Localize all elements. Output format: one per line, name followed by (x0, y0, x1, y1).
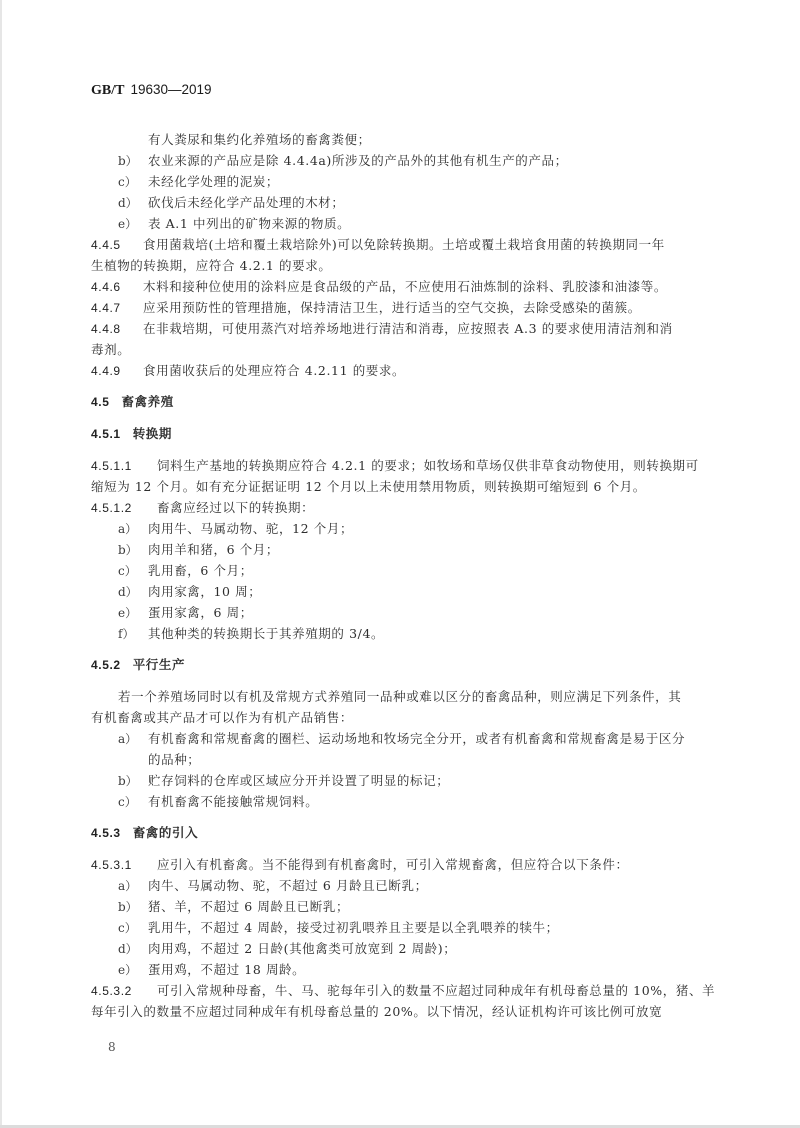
list-item: 表 A.1 中列出的矿物来源的物质。 (148, 214, 738, 234)
list-item: 肉牛、马属动物、驼，不超过 6 月龄且已断乳； (148, 876, 738, 896)
list-label: e） (118, 960, 137, 980)
standard-code: GB/T (91, 83, 124, 98)
section-heading-4-5-1: 4.5.1转换期 (91, 424, 731, 444)
clause-text: 饲料生产基地的转换期应符合 4.2.1 的要求；如牧场和草场仅供非草食动物使用，… (157, 458, 699, 473)
list-item: 肉用牛、马属动物、驼，12 个月； (148, 519, 738, 539)
section-title: 平行生产 (133, 657, 185, 672)
clause-4-4-6: 4.4.6木料和接种位使用的涂料应是食品级的产品，不应使用石油炼制的涂料、乳胶漆… (91, 277, 731, 297)
list-label: b） (118, 897, 138, 917)
section-title: 转换期 (133, 426, 172, 441)
paragraph-line: 每年引入的数量不应超过同种成年有机母畜总量的 20%。以下情况，经认证机构许可该… (91, 1002, 731, 1022)
section-title: 畜禽养殖 (121, 394, 173, 409)
section-heading-4-5-2: 4.5.2平行生产 (91, 655, 731, 675)
list-item: 肉用羊和猪，6 个月； (148, 540, 738, 560)
standard-number: 19630—2019 (130, 82, 211, 97)
list-label: a） (118, 876, 137, 896)
list-item: 蛋用鸡，不超过 18 周龄。 (148, 960, 738, 980)
clause-text: 可引入常规种母畜，牛、马、驼每年引入的数量不应超过同种成年有机母畜总量的 10%… (157, 983, 715, 998)
list-item: 有机畜禽和常规畜禽的圈栏、运动场地和牧场完全分开，或者有机畜禽和常规畜禽是易于区… (148, 729, 738, 749)
clause-number: 4.5.1.1 (91, 456, 157, 476)
section-heading-4-5: 4.5畜禽养殖 (91, 392, 731, 412)
clause-4-5-1-2: 4.5.1.2畜禽应经过以下的转换期： (91, 498, 731, 518)
paragraph-line: 生植物的转换期，应符合 4.2.1 的要求。 (91, 256, 731, 276)
section-number: 4.5.3 (91, 823, 121, 843)
list-item: 猪、羊，不超过 6 周龄且已断乳； (148, 897, 738, 917)
clause-number: 4.4.9 (91, 361, 143, 381)
paragraph-line: 有机畜禽或其产品才可以作为有机产品销售： (91, 708, 731, 728)
clause-text: 在非栽培期，可使用蒸汽对培养场地进行清洁和消毒，应按照表 A.3 的要求使用清洁… (143, 321, 673, 336)
clause-4-4-9: 4.4.9食用菌收获后的处理应符合 4.2.11 的要求。 (91, 361, 731, 381)
clause-4-4-5: 4.4.5食用菌栽培(土培和覆土栽培除外)可以免除转换期。土培或覆土栽培食用菌的… (91, 235, 731, 255)
clause-4-4-8: 4.4.8在非栽培期，可使用蒸汽对培养场地进行清洁和消毒，应按照表 A.3 的要… (91, 319, 731, 339)
list-item: 其他种类的转换期长于其养殖期的 3/4。 (148, 624, 738, 644)
list-item: 肉用家禽，10 周； (148, 582, 738, 602)
page-edge (0, 0, 2, 1128)
list-label: d） (118, 582, 138, 602)
clause-text: 食用菌收获后的处理应符合 4.2.11 的要求。 (143, 363, 405, 378)
list-label: b） (118, 771, 138, 791)
list-item: 蛋用家禽，6 周； (148, 603, 738, 623)
paragraph-line: 缩短为 12 个月。如有充分证据证明 12 个月以上未使用禁用物质，则转换期可缩… (91, 477, 731, 497)
list-label: f） (118, 624, 134, 644)
clause-number: 4.4.7 (91, 298, 143, 318)
list-label: c） (118, 561, 137, 581)
list-label: b） (118, 151, 138, 171)
section-title: 畜禽的引入 (133, 825, 199, 840)
paragraph-line: 毒剂。 (91, 340, 731, 360)
clause-text: 食用菌栽培(土培和覆土栽培除外)可以免除转换期。土培或覆土栽培食用菌的转换期同一… (143, 237, 665, 252)
clause-4-5-3-2: 4.5.3.2可引入常规种母畜，牛、马、驼每年引入的数量不应超过同种成年有机母畜… (91, 981, 731, 1001)
list-label: d） (118, 193, 138, 213)
list-item: 肉用鸡，不超过 2 日龄(其他禽类可放宽到 2 周龄)； (148, 939, 738, 959)
list-label: d） (118, 939, 138, 959)
clause-text: 应引入有机畜禽。当不能得到有机畜禽时，可引入常规畜禽，但应符合以下条件： (157, 857, 629, 872)
list-item: 砍伐后未经化学产品处理的木材； (148, 193, 738, 213)
list-item-continuation: 的品种； (148, 750, 738, 770)
list-label: a） (118, 729, 137, 749)
list-label: e） (118, 603, 137, 623)
list-item: 贮存饲料的仓库或区域应分开并设置了明显的标记； (148, 771, 738, 791)
clause-number: 4.4.6 (91, 277, 143, 297)
list-label: a） (118, 519, 137, 539)
paragraph-line: 有人粪尿和集约化养殖场的畜禽粪便； (148, 130, 788, 150)
list-label: c） (118, 172, 137, 192)
clause-number: 4.5.3.1 (91, 855, 157, 875)
list-item: 农业来源的产品应是除 4.4.4a)所涉及的产品外的其他有机生产的产品； (148, 151, 738, 171)
section-heading-4-5-3: 4.5.3畜禽的引入 (91, 823, 731, 843)
clause-number: 4.4.5 (91, 235, 143, 255)
section-number: 4.5.1 (91, 424, 121, 444)
list-label: b） (118, 540, 138, 560)
section-number: 4.5.2 (91, 655, 121, 675)
paragraph-line: 若一个养殖场同时以有机及常规方式养殖同一品种或难以区分的畜禽品种，则应满足下列条… (118, 687, 758, 707)
list-label: c） (118, 918, 137, 938)
clause-4-5-1-1: 4.5.1.1饲料生产基地的转换期应符合 4.2.1 的要求；如牧场和草场仅供非… (91, 456, 731, 476)
clause-number: 4.5.1.2 (91, 498, 157, 518)
clause-text: 木料和接种位使用的涂料应是食品级的产品，不应使用石油炼制的涂料、乳胶漆和油漆等。 (143, 279, 667, 294)
clause-4-5-3-1: 4.5.3.1应引入有机畜禽。当不能得到有机畜禽时，可引入常规畜禽，但应符合以下… (91, 855, 731, 875)
list-label: e） (118, 214, 137, 234)
clause-text: 应采用预防性的管理措施，保持清洁卫生，进行适当的空气交换，去除受感染的菌簇。 (143, 300, 641, 315)
clause-4-4-7: 4.4.7应采用预防性的管理措施，保持清洁卫生，进行适当的空气交换，去除受感染的… (91, 298, 731, 318)
clause-number: 4.4.8 (91, 319, 143, 339)
standard-header: GB/T19630—2019 (91, 82, 212, 99)
section-number: 4.5 (91, 392, 109, 412)
clause-number: 4.5.3.2 (91, 981, 157, 1001)
list-item: 有机畜禽不能接触常规饲料。 (148, 792, 738, 812)
clause-text: 畜禽应经过以下的转换期： (157, 500, 314, 515)
list-item: 未经化学处理的泥炭； (148, 172, 738, 192)
list-item: 乳用牛，不超过 4 周龄，接受过初乳喂养且主要是以全乳喂养的犊牛； (148, 918, 738, 938)
list-label: c） (118, 792, 137, 812)
list-item: 乳用畜，6 个月； (148, 561, 738, 581)
page-number: 8 (108, 1040, 116, 1054)
